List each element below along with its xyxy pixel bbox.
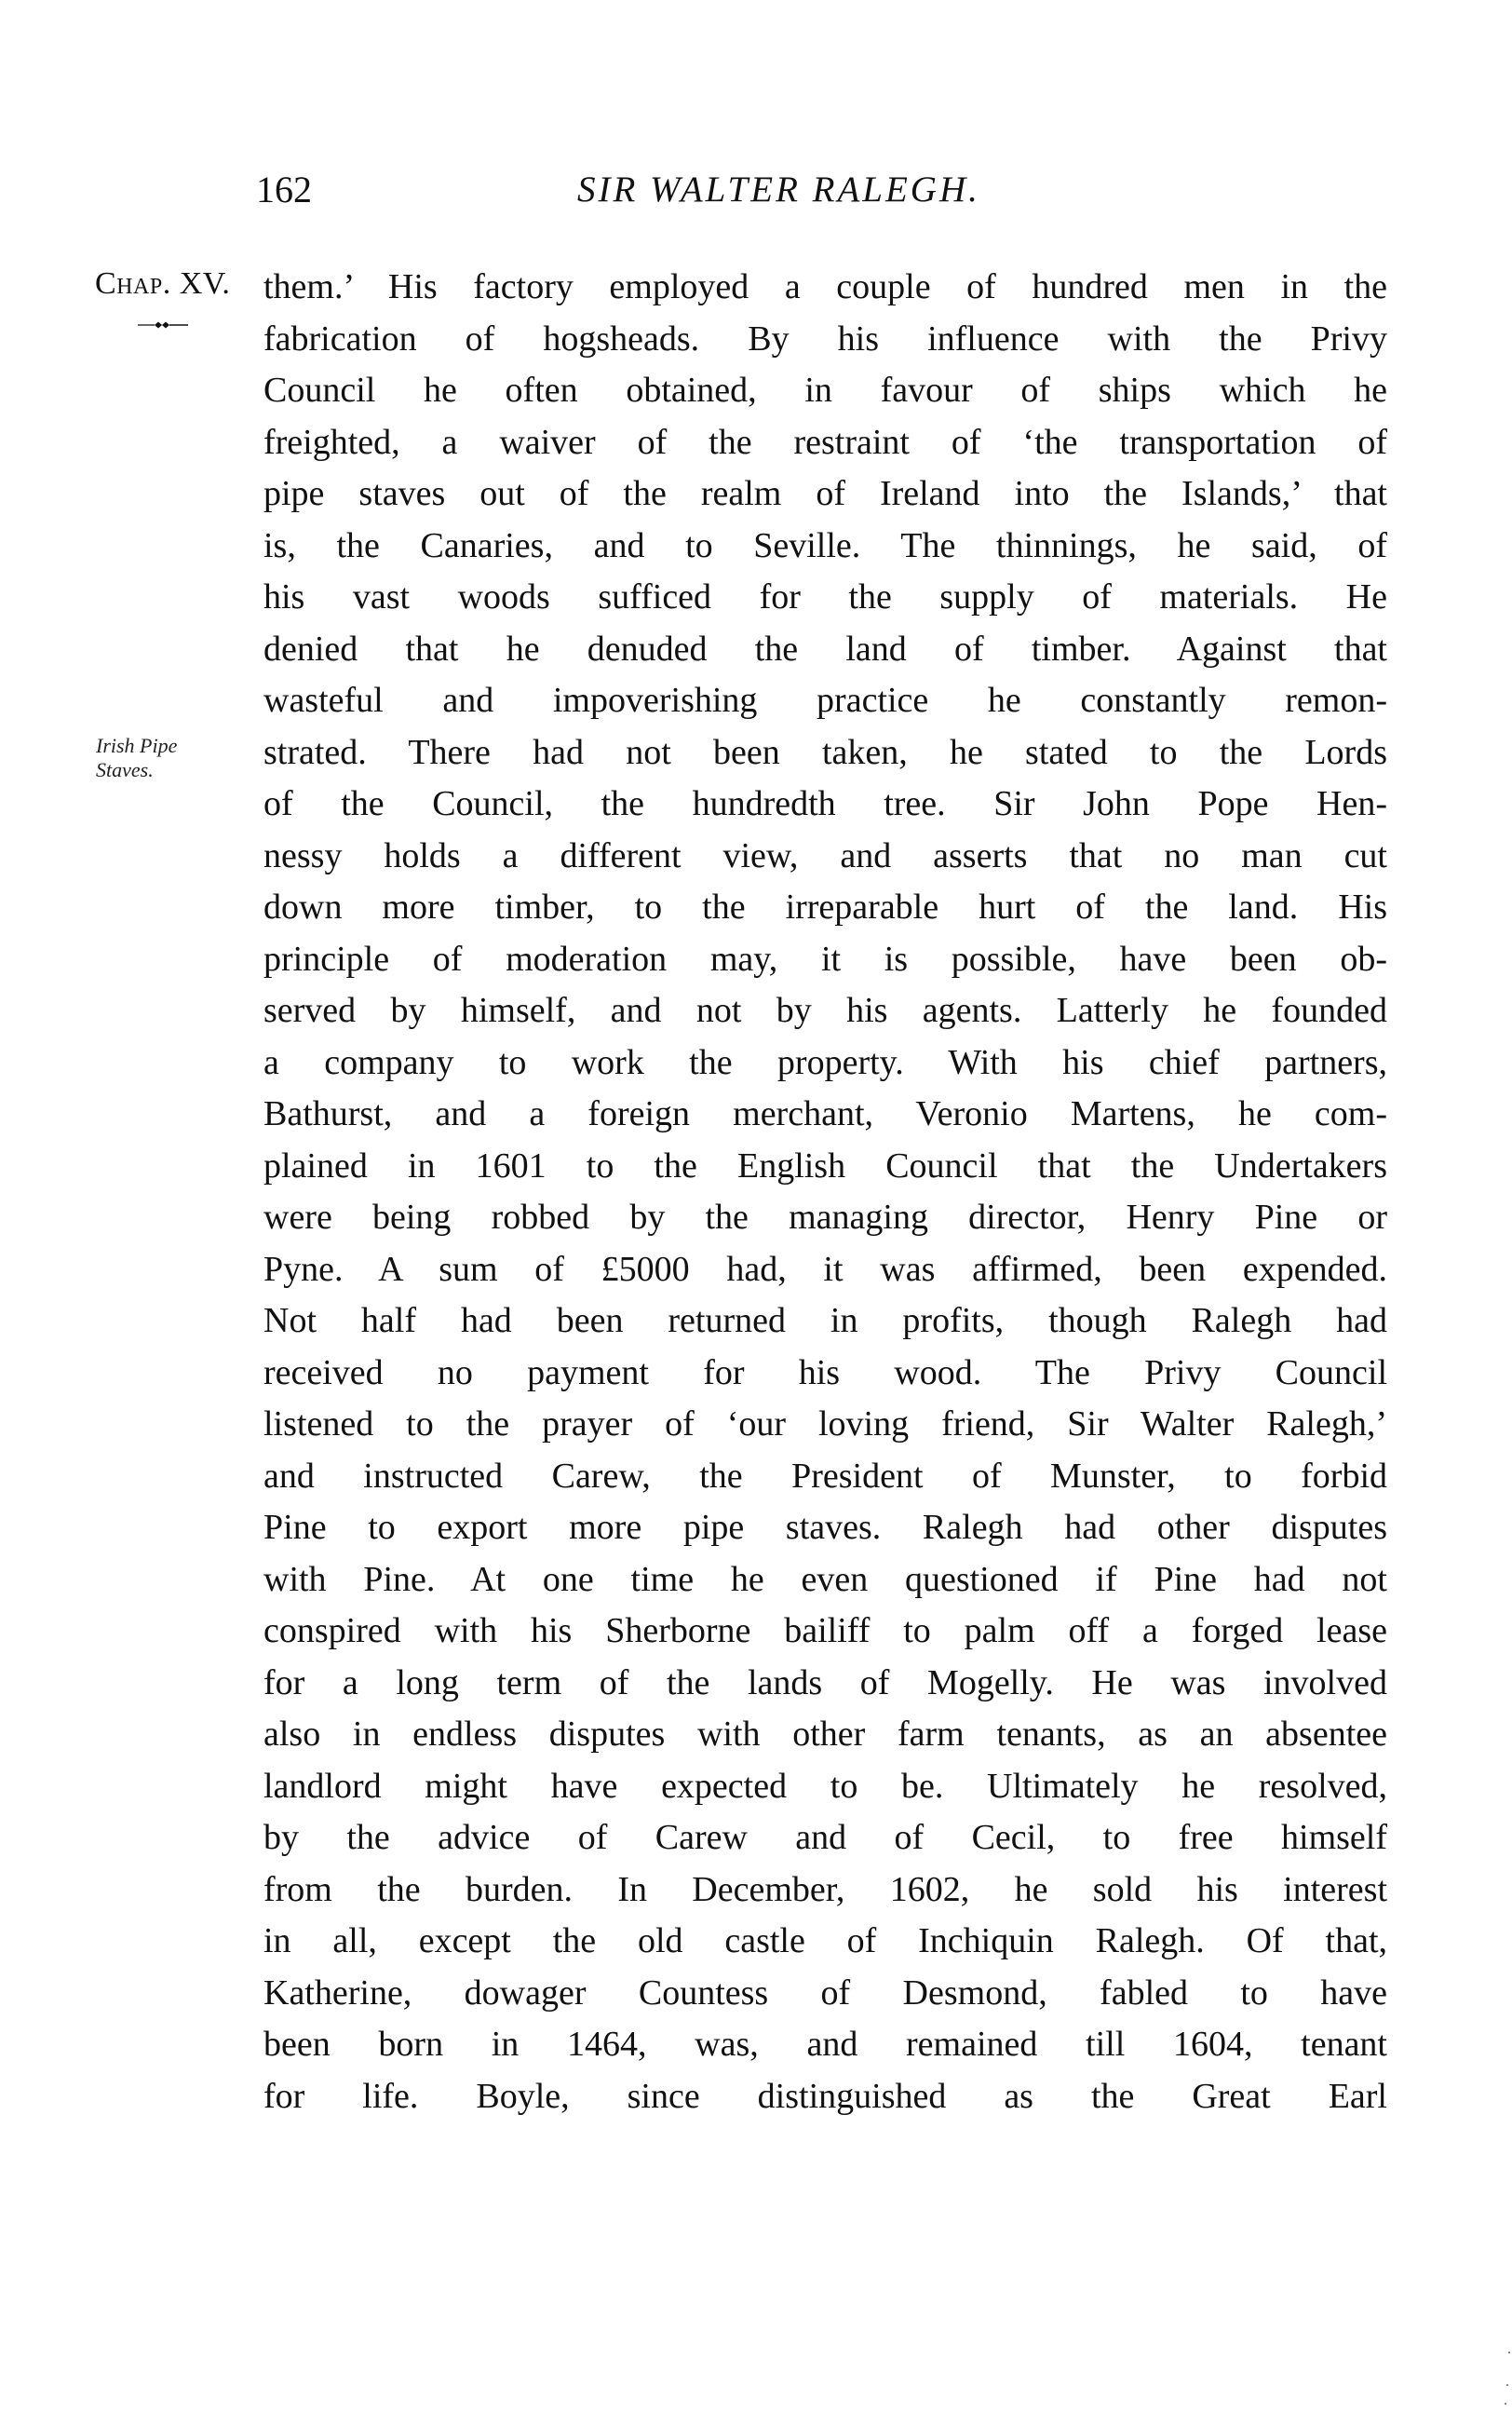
side-note: Irish Pipe Staves. (96, 734, 177, 782)
text-line: nessy holds a different view, and assert… (263, 831, 1387, 883)
text-line: from the burden. In December, 1602, he s… (263, 1864, 1387, 1917)
text-line: strated. There had not been taken, he st… (263, 727, 1387, 779)
text-line: down more timber, to the irreparable hur… (263, 882, 1387, 934)
text-line: landlord might have expected to be. Ulti… (263, 1761, 1387, 1813)
text-line: conspired with his Sherborne bailiff to … (263, 1606, 1387, 1658)
text-line: principle of moderation may, it is possi… (263, 934, 1387, 986)
text-line: also in endless disputes with other farm… (263, 1709, 1387, 1761)
text-line: in all, except the old castle of Inchiqu… (263, 1916, 1387, 1968)
ornament-divider-icon (138, 320, 188, 330)
text-line: received no payment for his wood. The Pr… (263, 1348, 1387, 1400)
text-line: for a long term of the lands of Mogelly.… (263, 1658, 1387, 1710)
text-line: for life. Boyle, since distinguished as … (263, 2071, 1387, 2123)
text-line: Katherine, dowager Countess of Desmond, … (263, 1968, 1387, 2020)
text-line: Bathurst, and a foreign merchant, Veroni… (263, 1089, 1387, 1141)
text-line: been born in 1464, was, and remained til… (263, 2019, 1387, 2071)
side-note-line-1: Irish Pipe (96, 734, 177, 758)
text-line: is, the Canaries, and to Seville. The th… (263, 521, 1387, 573)
text-line: a company to work the property. With his… (263, 1037, 1387, 1090)
scan-artifact (1506, 2384, 1508, 2386)
text-line: were being robbed by the managing direct… (263, 1192, 1387, 1244)
text-line: Not half had been returned in profits, t… (263, 1295, 1387, 1348)
running-title: SIR WALTER RALEGH. (577, 164, 980, 216)
text-line: freighted, a waiver of the restraint of … (263, 417, 1387, 469)
text-line: denied that he denuded the land of timbe… (263, 624, 1387, 676)
side-note-line-2: Staves. (96, 758, 177, 782)
text-line: his vast woods sufficed for the supply o… (263, 572, 1387, 624)
scan-artifact (1505, 2403, 1506, 2405)
text-line: with Pine. At one time he even questione… (263, 1554, 1387, 1606)
page-number: 162 (256, 164, 312, 216)
text-line: listened to the prayer of ‘our loving fr… (263, 1399, 1387, 1451)
body-text: them.’ His factory employed a couple of … (263, 262, 1387, 2122)
text-line: plained in 1601 to the English Council t… (263, 1141, 1387, 1193)
text-line: wasteful and impoverishing practice he c… (263, 675, 1387, 727)
chapter-marker: Chap. XV. (95, 264, 230, 305)
text-line: and instructed Carew, the President of M… (263, 1451, 1387, 1503)
text-line: served by himself, and not by his agents… (263, 985, 1387, 1037)
text-line: Pyne. A sum of £5000 had, it was affirme… (263, 1244, 1387, 1296)
text-line: them.’ His factory employed a couple of … (263, 262, 1387, 314)
text-line: of the Council, the hundredth tree. Sir … (263, 779, 1387, 831)
running-head: 162 SIR WALTER RALEGH. (256, 164, 1387, 216)
text-line: by the advice of Carew and of Cecil, to … (263, 1812, 1387, 1864)
text-line: Pine to export more pipe staves. Ralegh … (263, 1502, 1387, 1554)
text-line: fabrication of hogsheads. By his influen… (263, 314, 1387, 366)
scan-artifact (1508, 2352, 1510, 2353)
text-line: pipe staves out of the realm of Ireland … (263, 468, 1387, 521)
text-line: Council he often obtained, in favour of … (263, 365, 1387, 417)
